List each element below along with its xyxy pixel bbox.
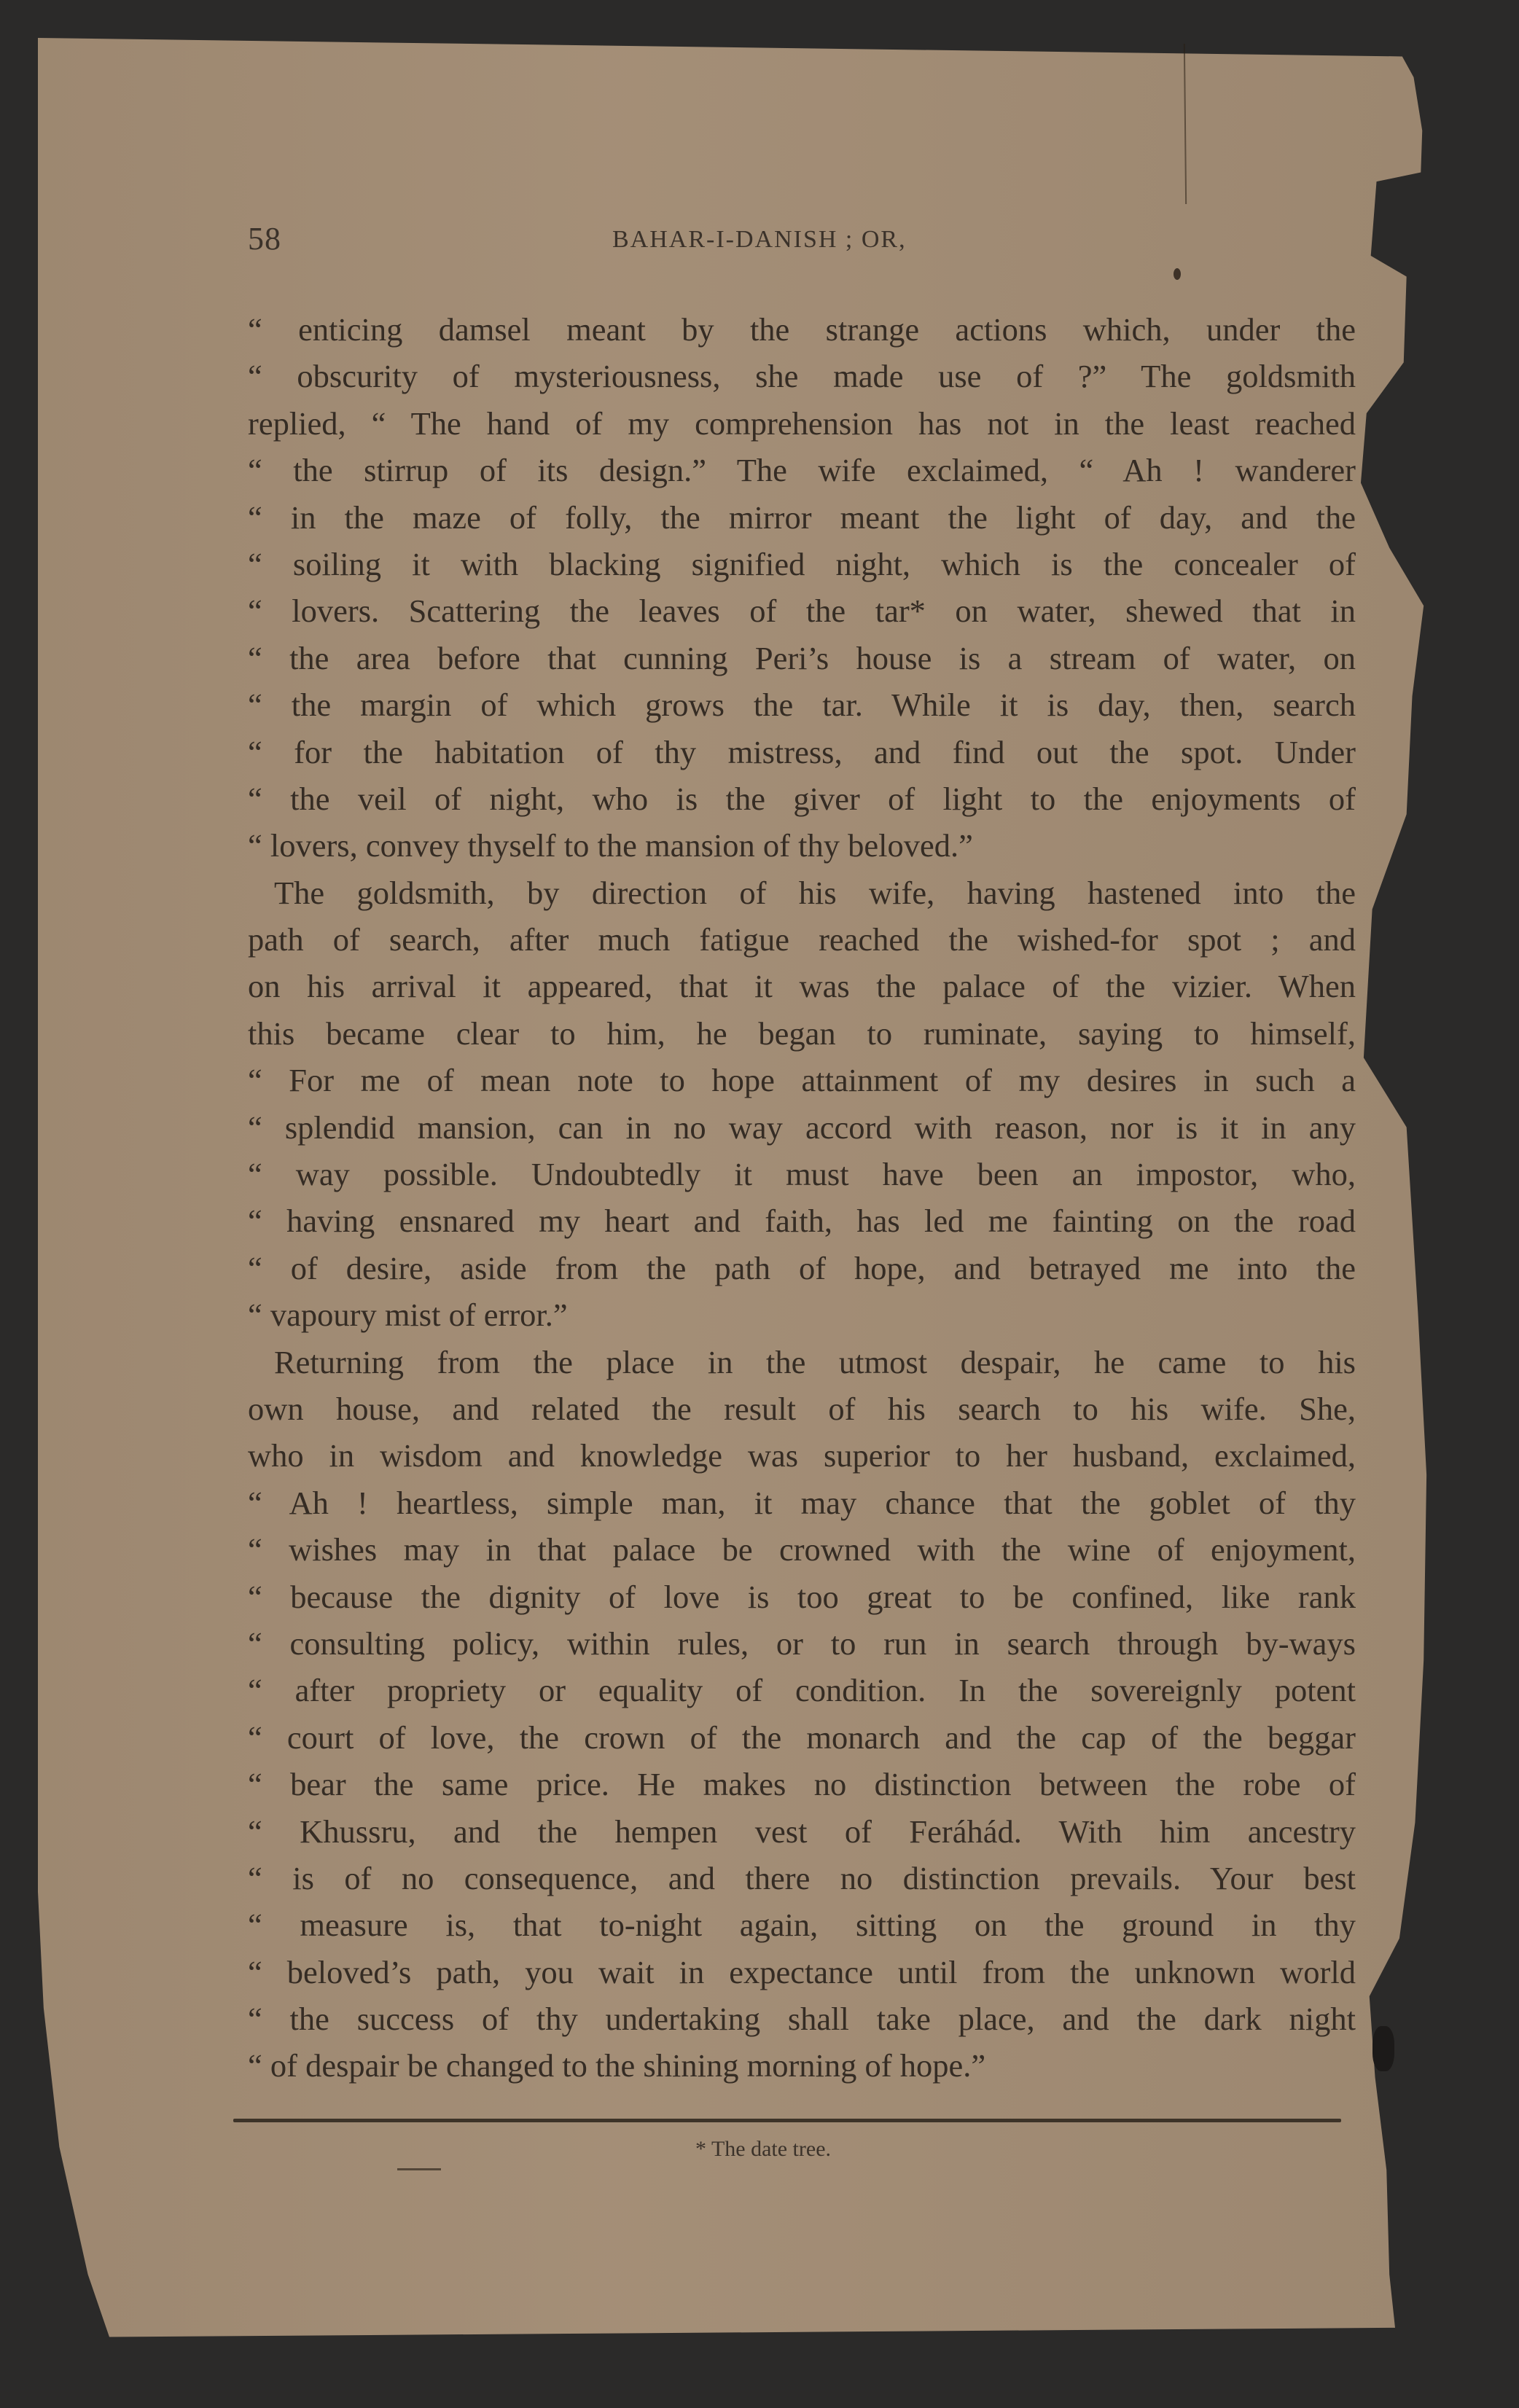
text-line: “ after propriety or equality of conditi… bbox=[248, 1667, 1356, 1713]
text-line: “ lovers. Scattering the leaves of the t… bbox=[248, 587, 1356, 634]
text-line: “ measure is, that to-night again, sitti… bbox=[248, 1901, 1356, 1948]
text-line: replied, “ The hand of my comprehension … bbox=[248, 400, 1356, 447]
text-line: “ consulting policy, within rules, or to… bbox=[248, 1620, 1356, 1667]
text-line: “ Ah ! heartless, simple man, it may cha… bbox=[248, 1479, 1356, 1526]
text-line: “ obscurity of mysteriousness, she made … bbox=[248, 353, 1356, 399]
body-text: “ enticing damsel meant by the strange a… bbox=[248, 306, 1356, 2090]
text-line: “ is of no consequence, and there no dis… bbox=[248, 1855, 1356, 1901]
text-line: The goldsmith, by direction of his wife,… bbox=[248, 869, 1356, 916]
text-line: on his arrival it appeared, that it was … bbox=[248, 963, 1356, 1009]
text-line: “ Khussru, and the hempen vest of Feráhá… bbox=[248, 1808, 1356, 1855]
text-line: “ having ensnared my heart and faith, ha… bbox=[248, 1197, 1356, 1244]
text-line: “ soiling it with blacking signified nig… bbox=[248, 541, 1356, 587]
text-line: “ the success of thy undertaking shall t… bbox=[248, 1995, 1356, 2042]
text-line: “ the area before that cunning Peri’s ho… bbox=[248, 635, 1356, 681]
stray-ink-mark bbox=[397, 2168, 441, 2170]
text-line: this became clear to him, he began to ru… bbox=[248, 1010, 1356, 1057]
ink-spot bbox=[1174, 268, 1181, 280]
text-line: “ for the habitation of thy mistress, an… bbox=[248, 729, 1356, 775]
text-line: “ the veil of night, who is the giver of… bbox=[248, 775, 1356, 822]
running-head: 58 BAHAR-I-DANISH ; OR, bbox=[248, 220, 1356, 257]
text-line: “ beloved’s path, you wait in expectance… bbox=[248, 1949, 1356, 1995]
text-line: path of search, after much fatigue reach… bbox=[248, 916, 1356, 963]
text-line: “ way possible. Undoubtedly it must have… bbox=[248, 1151, 1356, 1197]
text-line: “ For me of mean note to hope attainment… bbox=[248, 1057, 1356, 1103]
footnote-rule bbox=[233, 2119, 1341, 2122]
footnote: * The date tree. bbox=[0, 2137, 1519, 2162]
text-line: “ splendid mansion, can in no way accord… bbox=[248, 1104, 1356, 1151]
page-number: 58 bbox=[248, 220, 281, 257]
text-line: “ the stirrup of its design.” The wife e… bbox=[248, 447, 1356, 493]
text-line: “ bear the same price. He makes no disti… bbox=[248, 1761, 1356, 1807]
text-line: “ enticing damsel meant by the strange a… bbox=[248, 306, 1356, 353]
text-line: “ court of love, the crown of the monarc… bbox=[248, 1714, 1356, 1761]
text-line: who in wisdom and knowledge was superior… bbox=[248, 1432, 1356, 1479]
text-line: “ in the maze of folly, the mirror meant… bbox=[248, 494, 1356, 541]
text-line: “ vapoury mist of error.” bbox=[248, 1291, 1356, 1338]
text-line: “ because the dignity of love is too gre… bbox=[248, 1574, 1356, 1620]
text-line: own house, and related the result of his… bbox=[248, 1385, 1356, 1432]
text-line: “ of despair be changed to the shining m… bbox=[248, 2042, 1356, 2089]
text-line: “ lovers, convey thyself to the mansion … bbox=[248, 822, 1356, 869]
running-title: BAHAR-I-DANISH ; OR, bbox=[612, 226, 907, 254]
text-line: “ wishes may in that palace be crowned w… bbox=[248, 1526, 1356, 1573]
text-line: “ the margin of which grows the tar. Whi… bbox=[248, 681, 1356, 728]
ink-spot bbox=[1372, 2026, 1394, 2071]
text-line: “ of desire, aside from the path of hope… bbox=[248, 1245, 1356, 1291]
text-line: Returning from the place in the utmost d… bbox=[248, 1339, 1356, 1385]
